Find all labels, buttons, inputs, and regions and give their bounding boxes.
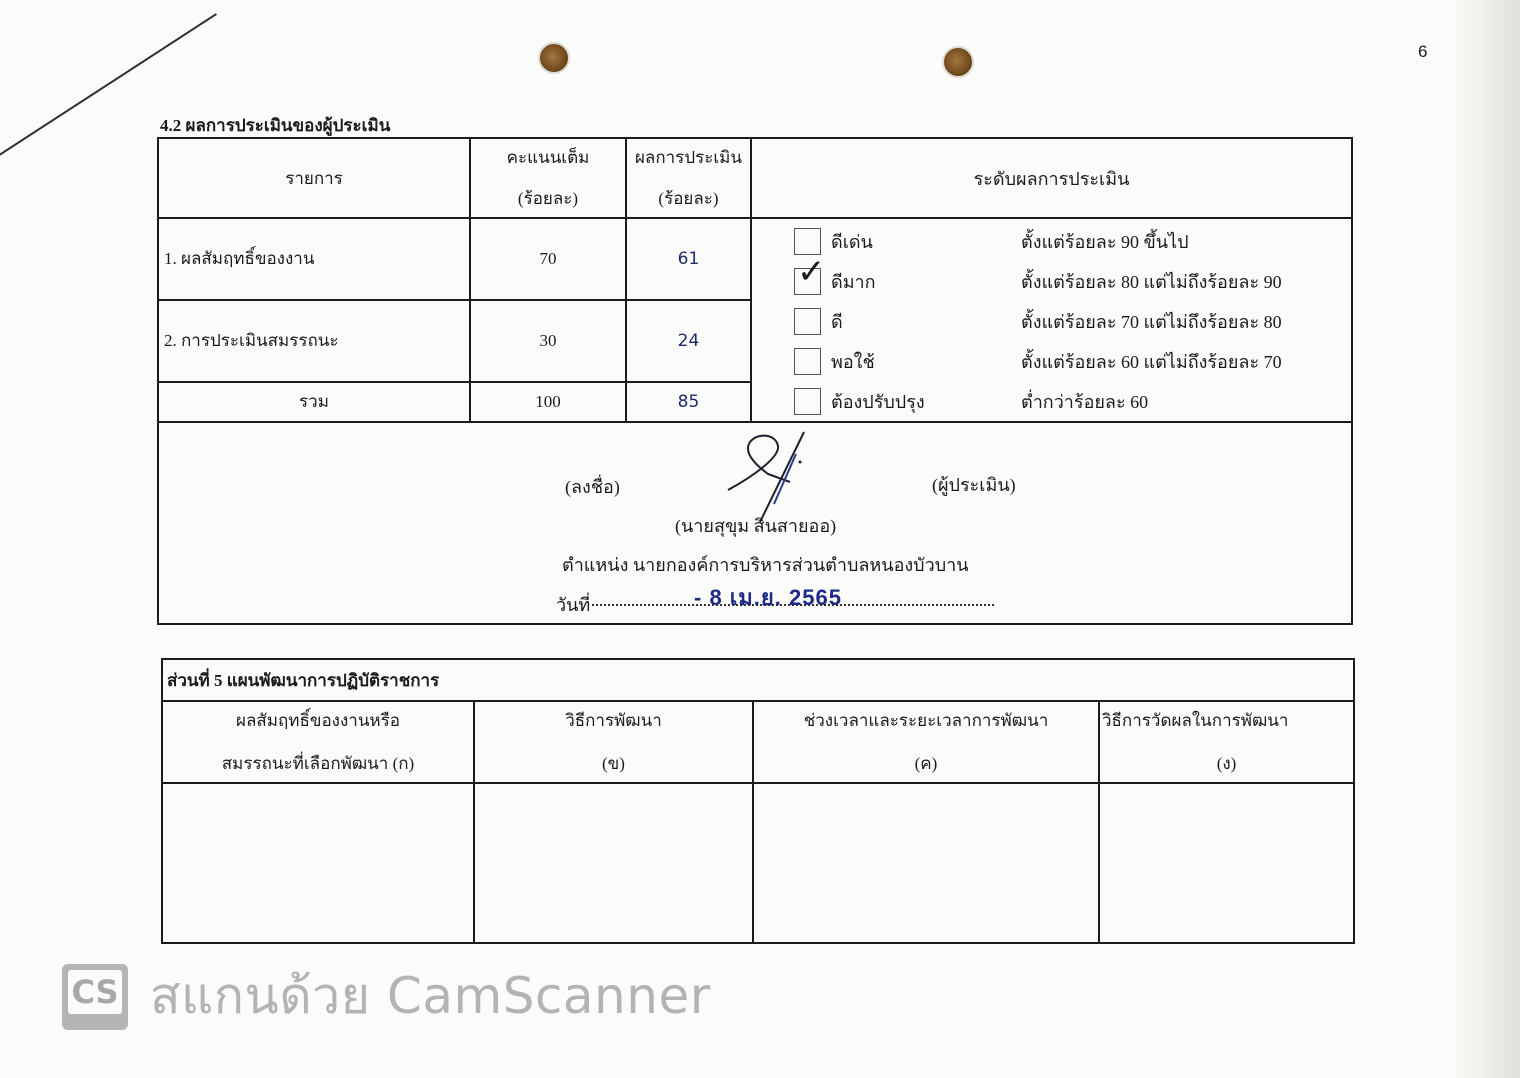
row-full-score: 70 bbox=[470, 218, 626, 300]
row-item: 2. การประเมินสมรรถนะ bbox=[158, 300, 470, 382]
checkmark-icon: ✓ bbox=[797, 255, 826, 289]
camscanner-logo-text: CS bbox=[68, 970, 122, 1014]
plan-cell[interactable] bbox=[162, 783, 474, 943]
row-result-handwritten: 61 bbox=[626, 218, 751, 300]
plan-cell[interactable] bbox=[753, 783, 1099, 943]
evaluator-position: ตำแหน่ง นายกองค์การบริหารส่วนตำบลหนองบัว… bbox=[562, 550, 969, 579]
level-option: ต้องปรับปรุง ต่ำกว่าร้อยละ 60 bbox=[752, 381, 1351, 421]
row-full-score: 30 bbox=[470, 300, 626, 382]
level-option: พอใช้ ตั้งแต่ร้อยละ 60 แต่ไม่ถึงร้อยละ 7… bbox=[752, 341, 1351, 381]
header-item: รายการ bbox=[158, 138, 470, 218]
page-number: 6 bbox=[1418, 42, 1427, 62]
punch-hole-left bbox=[538, 42, 570, 74]
header-result: ผลการประเมิน (ร้อยละ) bbox=[626, 138, 751, 218]
level-checkbox[interactable] bbox=[794, 228, 821, 255]
header-full-score: คะแนนเต็ม (ร้อยละ) bbox=[470, 138, 626, 218]
sign-label: (ลงชื่อ) bbox=[565, 472, 620, 501]
level-name: ดีมาก bbox=[831, 267, 1021, 296]
header-level: ระดับผลการประเมิน bbox=[751, 138, 1352, 218]
row-item: 1. ผลสัมฤทธิ์ของงาน bbox=[158, 218, 470, 300]
total-result-handwritten: 85 bbox=[626, 382, 751, 422]
level-name: พอใช้ bbox=[831, 347, 1021, 376]
plan-column-header: ผลสัมฤทธิ์ของงานหรือ สมรรถนะที่เลือกพัฒน… bbox=[162, 701, 474, 783]
evaluation-section-title: 4.2 ผลการประเมินของผู้ประเมิน bbox=[160, 112, 390, 139]
row-result-handwritten: 24 bbox=[626, 300, 751, 382]
punch-hole-right bbox=[942, 46, 974, 78]
plan-column-header: วิธีการวัดผลในการพัฒนา (ง) bbox=[1099, 701, 1354, 783]
level-checkbox[interactable] bbox=[794, 388, 821, 415]
role-label: (ผู้ประเมิน) bbox=[932, 470, 1016, 499]
watermark-text: สแกนด้วย CamScanner bbox=[150, 957, 711, 1036]
level-option: ดี ตั้งแต่ร้อยละ 70 แต่ไม่ถึงร้อยละ 80 bbox=[752, 301, 1351, 341]
plan-column-header: ช่วงเวลาและระยะเวลาการพัฒนา (ค) bbox=[753, 701, 1099, 783]
table-row bbox=[162, 783, 1354, 943]
date-label: วันที่ bbox=[556, 590, 590, 619]
development-plan-title: ส่วนที่ 5 แผนพัฒนาการปฏิบัติราชการ bbox=[162, 659, 1354, 701]
level-name: ต้องปรับปรุง bbox=[831, 387, 1021, 416]
total-label: รวม bbox=[158, 382, 470, 422]
total-full-score: 100 bbox=[470, 382, 626, 422]
level-range: ตั้งแต่ร้อยละ 80 แต่ไม่ถึงร้อยละ 90 bbox=[1021, 267, 1282, 296]
plan-column-header: วิธีการพัฒนา (ข) bbox=[474, 701, 753, 783]
level-range: ต่ำกว่าร้อยละ 60 bbox=[1021, 387, 1148, 416]
evaluator-name: (นายสุขุม สินสายออ) bbox=[675, 511, 836, 540]
level-name: ดี bbox=[831, 307, 1021, 336]
level-range: ตั้งแต่ร้อยละ 70 แต่ไม่ถึงร้อยละ 80 bbox=[1021, 307, 1282, 336]
level-checkbox[interactable] bbox=[794, 308, 821, 335]
date-stamp: - 8 เม.ย. 2565 bbox=[694, 580, 842, 615]
development-plan-table: ส่วนที่ 5 แผนพัฒนาการปฏิบัติราชการ ผลสัม… bbox=[161, 658, 1355, 944]
level-option: ดีเด่น ตั้งแต่ร้อยละ 90 ขึ้นไป bbox=[752, 221, 1351, 261]
plan-cell[interactable] bbox=[474, 783, 753, 943]
level-name: ดีเด่น bbox=[831, 227, 1021, 256]
camscanner-watermark: CS สแกนด้วย CamScanner bbox=[62, 957, 711, 1036]
camscanner-logo-icon: CS bbox=[62, 964, 128, 1030]
level-range: ตั้งแต่ร้อยละ 90 ขึ้นไป bbox=[1021, 227, 1189, 256]
level-option: ✓ ดีมาก ตั้งแต่ร้อยละ 80 แต่ไม่ถึงร้อยละ… bbox=[752, 261, 1351, 301]
level-checkbox[interactable] bbox=[794, 348, 821, 375]
plan-cell[interactable] bbox=[1099, 783, 1354, 943]
table-row: 1. ผลสัมฤทธิ์ของงาน 70 61 ดีเด่น ตั้งแต่… bbox=[158, 218, 1352, 300]
level-checklist: ดีเด่น ตั้งแต่ร้อยละ 90 ขึ้นไป ✓ ดีมาก ต… bbox=[751, 218, 1352, 422]
level-checkbox[interactable]: ✓ bbox=[794, 268, 821, 295]
paper-edge-shadow bbox=[1450, 0, 1520, 1078]
level-range: ตั้งแต่ร้อยละ 60 แต่ไม่ถึงร้อยละ 70 bbox=[1021, 347, 1282, 376]
